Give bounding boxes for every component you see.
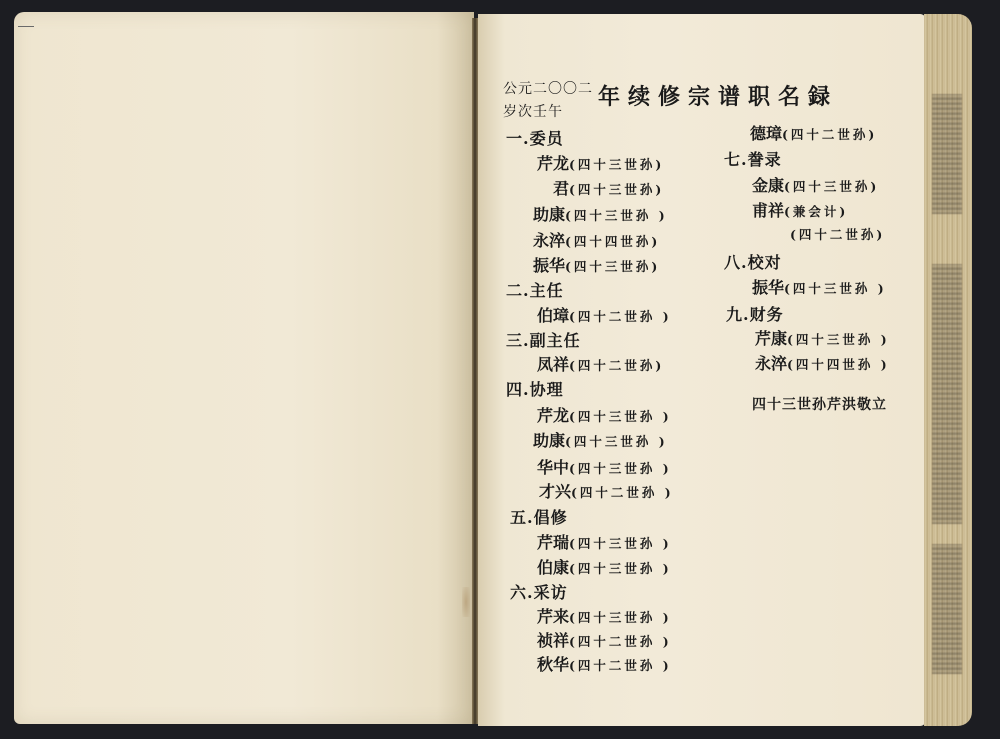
member-name: 君 bbox=[553, 179, 569, 198]
member-entry: (四十二世孙) bbox=[790, 224, 885, 243]
member-entry: 凤祥(四十二世孙) bbox=[537, 352, 664, 375]
section-title: 采访 bbox=[534, 583, 568, 602]
member-generation: (四十三世孙) bbox=[569, 182, 664, 197]
member-name: 德璋 bbox=[750, 124, 782, 143]
member-generation: (四十二世孙) bbox=[782, 127, 877, 142]
member-generation: (四十三世孙) bbox=[784, 179, 879, 194]
section-title: 誊录 bbox=[748, 150, 782, 169]
section-title: 主任 bbox=[530, 281, 564, 300]
member-entry: 芹康(四十三世孙 ) bbox=[755, 326, 890, 349]
member-entry: 德璋(四十二世孙) bbox=[750, 121, 877, 144]
section-title: 校对 bbox=[748, 253, 782, 272]
section-heading: 七.誊录 bbox=[724, 147, 782, 170]
member-entry: 甫祥(兼会计) bbox=[752, 198, 848, 221]
section-number: 六. bbox=[510, 583, 534, 602]
page-title: 年续修宗谱职名録 bbox=[598, 80, 838, 111]
member-name: 助康 bbox=[533, 431, 565, 450]
member-generation: (四十二世孙) bbox=[790, 227, 885, 242]
member-generation: (四十二世孙 ) bbox=[569, 634, 672, 649]
member-name: 伯康 bbox=[537, 558, 569, 577]
member-entry: 芹来(四十三世孙 ) bbox=[537, 604, 672, 627]
member-name: 永淬 bbox=[533, 231, 565, 250]
member-generation: (四十二世孙 ) bbox=[569, 658, 672, 673]
member-entry: 祯祥(四十二世孙 ) bbox=[537, 628, 672, 651]
section-number: 三. bbox=[506, 331, 530, 350]
section-heading: 八.校对 bbox=[724, 250, 782, 273]
member-entry: 伯璋(四十二世孙 ) bbox=[537, 303, 672, 326]
member-name: 金康 bbox=[752, 176, 784, 195]
section-heading: 三.副主任 bbox=[506, 328, 581, 351]
section-title: 委员 bbox=[530, 129, 564, 148]
member-entry: 振华(四十三世孙 ) bbox=[752, 275, 887, 298]
member-entry: 才兴(四十二世孙 ) bbox=[539, 479, 674, 502]
member-entry: 振华(四十三世孙) bbox=[533, 253, 660, 276]
member-generation: (四十三世孙 ) bbox=[787, 332, 890, 347]
section-title: 财务 bbox=[750, 305, 784, 324]
member-name: 秋华 bbox=[537, 655, 569, 674]
section-number: 八. bbox=[724, 253, 748, 272]
year-line: 公元二〇〇二 bbox=[503, 78, 593, 98]
section-heading: 一.委员 bbox=[506, 126, 564, 149]
section-heading: 六.采访 bbox=[510, 580, 568, 603]
member-generation: (四十三世孙 ) bbox=[565, 208, 668, 223]
member-name: 甫祥 bbox=[752, 201, 784, 220]
member-entry: 永淬(四十四世孙 ) bbox=[755, 351, 890, 374]
section-heading: 二.主任 bbox=[506, 278, 564, 301]
member-entry: 伯康(四十三世孙 ) bbox=[537, 555, 672, 578]
member-entry: 助康(四十三世孙 ) bbox=[533, 428, 668, 451]
member-generation: (四十三世孙 ) bbox=[569, 409, 672, 424]
member-name: 芹来 bbox=[537, 607, 569, 626]
member-generation: (四十二世孙 ) bbox=[569, 309, 672, 324]
member-name: 芹龙 bbox=[537, 406, 569, 425]
section-heading: 四.协理 bbox=[506, 377, 564, 400]
section-number: 四. bbox=[506, 380, 530, 399]
member-name: 才兴 bbox=[539, 482, 571, 501]
member-entry: 秋华(四十二世孙 ) bbox=[537, 652, 672, 675]
section-heading: 九.财务 bbox=[726, 302, 784, 325]
register-text: 公元二〇〇二 岁次壬午 年续修宗谱职名録 一.委员 芹龙(四十三世孙) 君(四十… bbox=[0, 0, 1000, 739]
member-name: 伯璋 bbox=[537, 306, 569, 325]
member-name: 芹瑞 bbox=[537, 533, 569, 552]
member-generation: (四十三世孙 ) bbox=[569, 561, 672, 576]
member-name: 振华 bbox=[752, 278, 784, 297]
member-entry: 助康(四十三世孙 ) bbox=[533, 202, 668, 225]
member-generation: (四十三世孙 ) bbox=[569, 461, 672, 476]
member-entry: 华中(四十三世孙 ) bbox=[537, 455, 672, 478]
sui-line: 岁次壬午 bbox=[503, 101, 563, 121]
section-title: 倡修 bbox=[534, 508, 568, 527]
section-number: 一. bbox=[506, 129, 530, 148]
section-title: 协理 bbox=[530, 380, 564, 399]
member-generation: (四十三世孙 ) bbox=[569, 536, 672, 551]
member-generation: (四十三世孙 ) bbox=[565, 434, 668, 449]
member-entry: 金康(四十三世孙) bbox=[752, 173, 879, 196]
member-name: 助康 bbox=[533, 205, 565, 224]
member-name: 祯祥 bbox=[537, 631, 569, 650]
member-name: 芹康 bbox=[755, 329, 787, 348]
member-generation: (四十四世孙 ) bbox=[787, 357, 890, 372]
member-name: 振华 bbox=[533, 256, 565, 275]
member-entry: 芹瑞(四十三世孙 ) bbox=[537, 530, 672, 553]
section-title: 副主任 bbox=[530, 331, 581, 350]
member-entry: 君(四十三世孙) bbox=[553, 176, 664, 199]
member-entry: 芹龙(四十三世孙) bbox=[537, 151, 664, 174]
member-entry: 芹龙(四十三世孙 ) bbox=[537, 403, 672, 426]
member-name: 华中 bbox=[537, 458, 569, 477]
section-heading: 五.倡修 bbox=[510, 505, 568, 528]
section-number: 七. bbox=[724, 150, 748, 169]
section-number: 二. bbox=[506, 281, 530, 300]
member-name: 永淬 bbox=[755, 354, 787, 373]
member-generation: (四十三世孙) bbox=[569, 157, 664, 172]
section-number: 五. bbox=[510, 508, 534, 527]
member-generation: (四十三世孙) bbox=[565, 259, 660, 274]
member-name: 芹龙 bbox=[537, 154, 569, 173]
member-generation: (兼会计) bbox=[784, 204, 848, 219]
member-generation: (四十二世孙 ) bbox=[571, 485, 674, 500]
member-generation: (四十三世孙 ) bbox=[784, 281, 887, 296]
member-generation: (四十四世孙) bbox=[565, 234, 660, 249]
member-generation: (四十二世孙) bbox=[569, 358, 664, 373]
section-number: 九. bbox=[726, 305, 750, 324]
member-entry: 永淬(四十四世孙) bbox=[533, 228, 660, 251]
member-generation: (四十三世孙 ) bbox=[569, 610, 672, 625]
member-name: 凤祥 bbox=[537, 355, 569, 374]
signature: 四十三世孙芹洪敬立 bbox=[752, 394, 887, 414]
